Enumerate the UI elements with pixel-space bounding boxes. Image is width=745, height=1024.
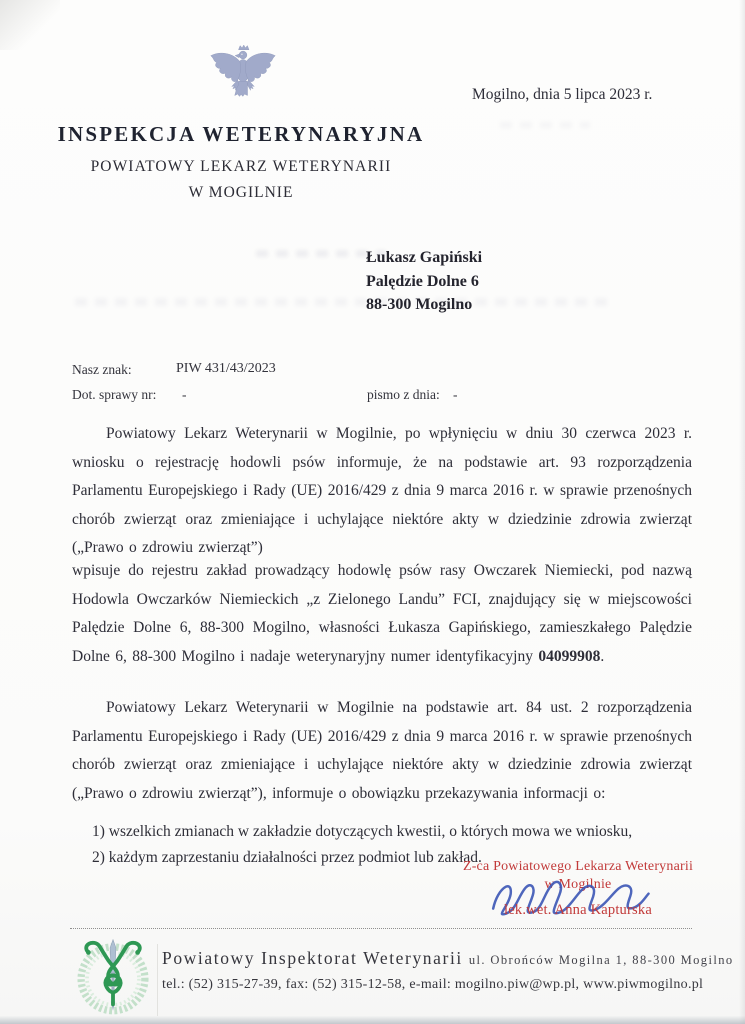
paragraph-obligations: Powiatowy Lekarz Weterynarii w Mogilnie …	[72, 694, 692, 808]
case-number-value: -	[182, 387, 187, 403]
footer-org-name: Powiatowy Inspektorat Weterynarii	[162, 948, 463, 968]
footer-contact-line: tel.: (52) 315-27-39, fax: (52) 315-12-5…	[162, 977, 702, 993]
paragraph-registration: wpisuje do rejestru zakład prowadzący ho…	[72, 557, 692, 671]
case-number-label: Dot. sprawy nr:	[72, 387, 156, 403]
date-line: Mogilno, dnia 5 lipca 2023 r.	[472, 86, 732, 104]
ref-number-label: Nasz znak:	[72, 362, 132, 378]
document-page: INSPEKCJA WETERYNARYJNA POWIATOWY LEKARZ…	[0, 0, 745, 1024]
footer-org-address: ul. Obrońców Mogilna 1, 88-300 Mogilno	[469, 953, 734, 967]
vet-caduceus-icon	[72, 936, 154, 1018]
scan-bottom-edge	[0, 1016, 745, 1024]
stamp-signatory-name: lek.wet. Anna Kapturska	[448, 902, 708, 919]
vet-id-number: 04099908	[538, 648, 600, 665]
footer-org-line: Powiatowy Inspektorat Weterynarii ul. Ob…	[162, 948, 702, 969]
addressee-street: Palędzie Dolne 6	[366, 270, 626, 294]
scan-corner-shadow	[0, 0, 60, 50]
addressee-block: Łukasz Gapiński Palędzie Dolne 6 88-300 …	[366, 246, 626, 317]
office-location: W MOGILNIE	[0, 184, 482, 202]
footer-separator	[157, 944, 158, 1016]
ref-number-value: PIW 431/43/2023	[176, 361, 276, 377]
letter-date-label: pismo z dnia:	[367, 387, 440, 403]
paragraph-intro: Powiatowy Lekarz Weterynarii w Mogilnie,…	[72, 420, 692, 563]
office-subtitle: POWIATOWY LEKARZ WETERYNARII	[0, 158, 482, 176]
bleed-through-artifact	[500, 122, 590, 128]
addressee-name: Łukasz Gapiński	[366, 246, 626, 270]
scan-right-edge	[739, 0, 745, 1024]
sentence-period: .	[600, 648, 604, 665]
inspection-title: INSPEKCJA WETERYNARYJNA	[0, 122, 482, 147]
addressee-city: 88-300 Mogilno	[366, 293, 626, 317]
obligation-item-1: 1) wszelkich zmianach w zakładzie dotycz…	[92, 823, 692, 841]
footer-divider	[70, 928, 692, 929]
polish-eagle-emblem-icon	[204, 43, 282, 115]
letter-date-value: -	[453, 387, 458, 403]
